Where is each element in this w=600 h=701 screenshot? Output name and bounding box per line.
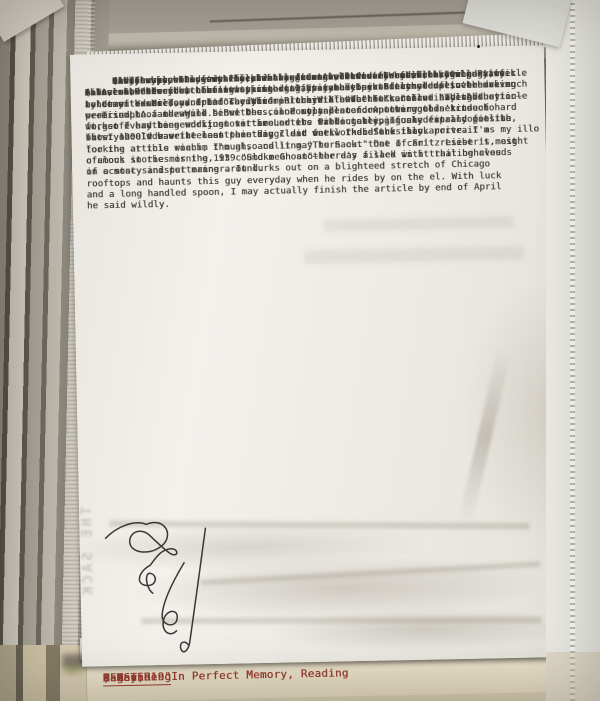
page-corner-sliver (0, 0, 64, 42)
letter-text: So (I'm repeating myself), we're in vari… (84, 67, 540, 76)
top-sheet-date: 18/25 December 1986 (281, 0, 403, 1)
right-sleeve-edge (546, 0, 600, 701)
dust-speck (477, 45, 480, 48)
showthrough-smudge (304, 246, 524, 264)
letter-page: So (I'm repeating myself), we're in vari… (70, 45, 556, 666)
wrinkle-shadow (458, 347, 512, 526)
signature-scrawl (99, 512, 242, 665)
sleeve-seam (570, 0, 575, 701)
caption-suffix: , May, 19 (103, 670, 165, 684)
showthrough-ghost-text: THE SACK (79, 506, 97, 626)
showthrough-smudge (323, 216, 513, 232)
wrinkle-shadow (200, 560, 540, 588)
sleeve-warm-tint (546, 652, 600, 701)
photo-of-typed-letter: 18/25 December 1986 BLASTER: "In Perfect… (0, 0, 600, 701)
